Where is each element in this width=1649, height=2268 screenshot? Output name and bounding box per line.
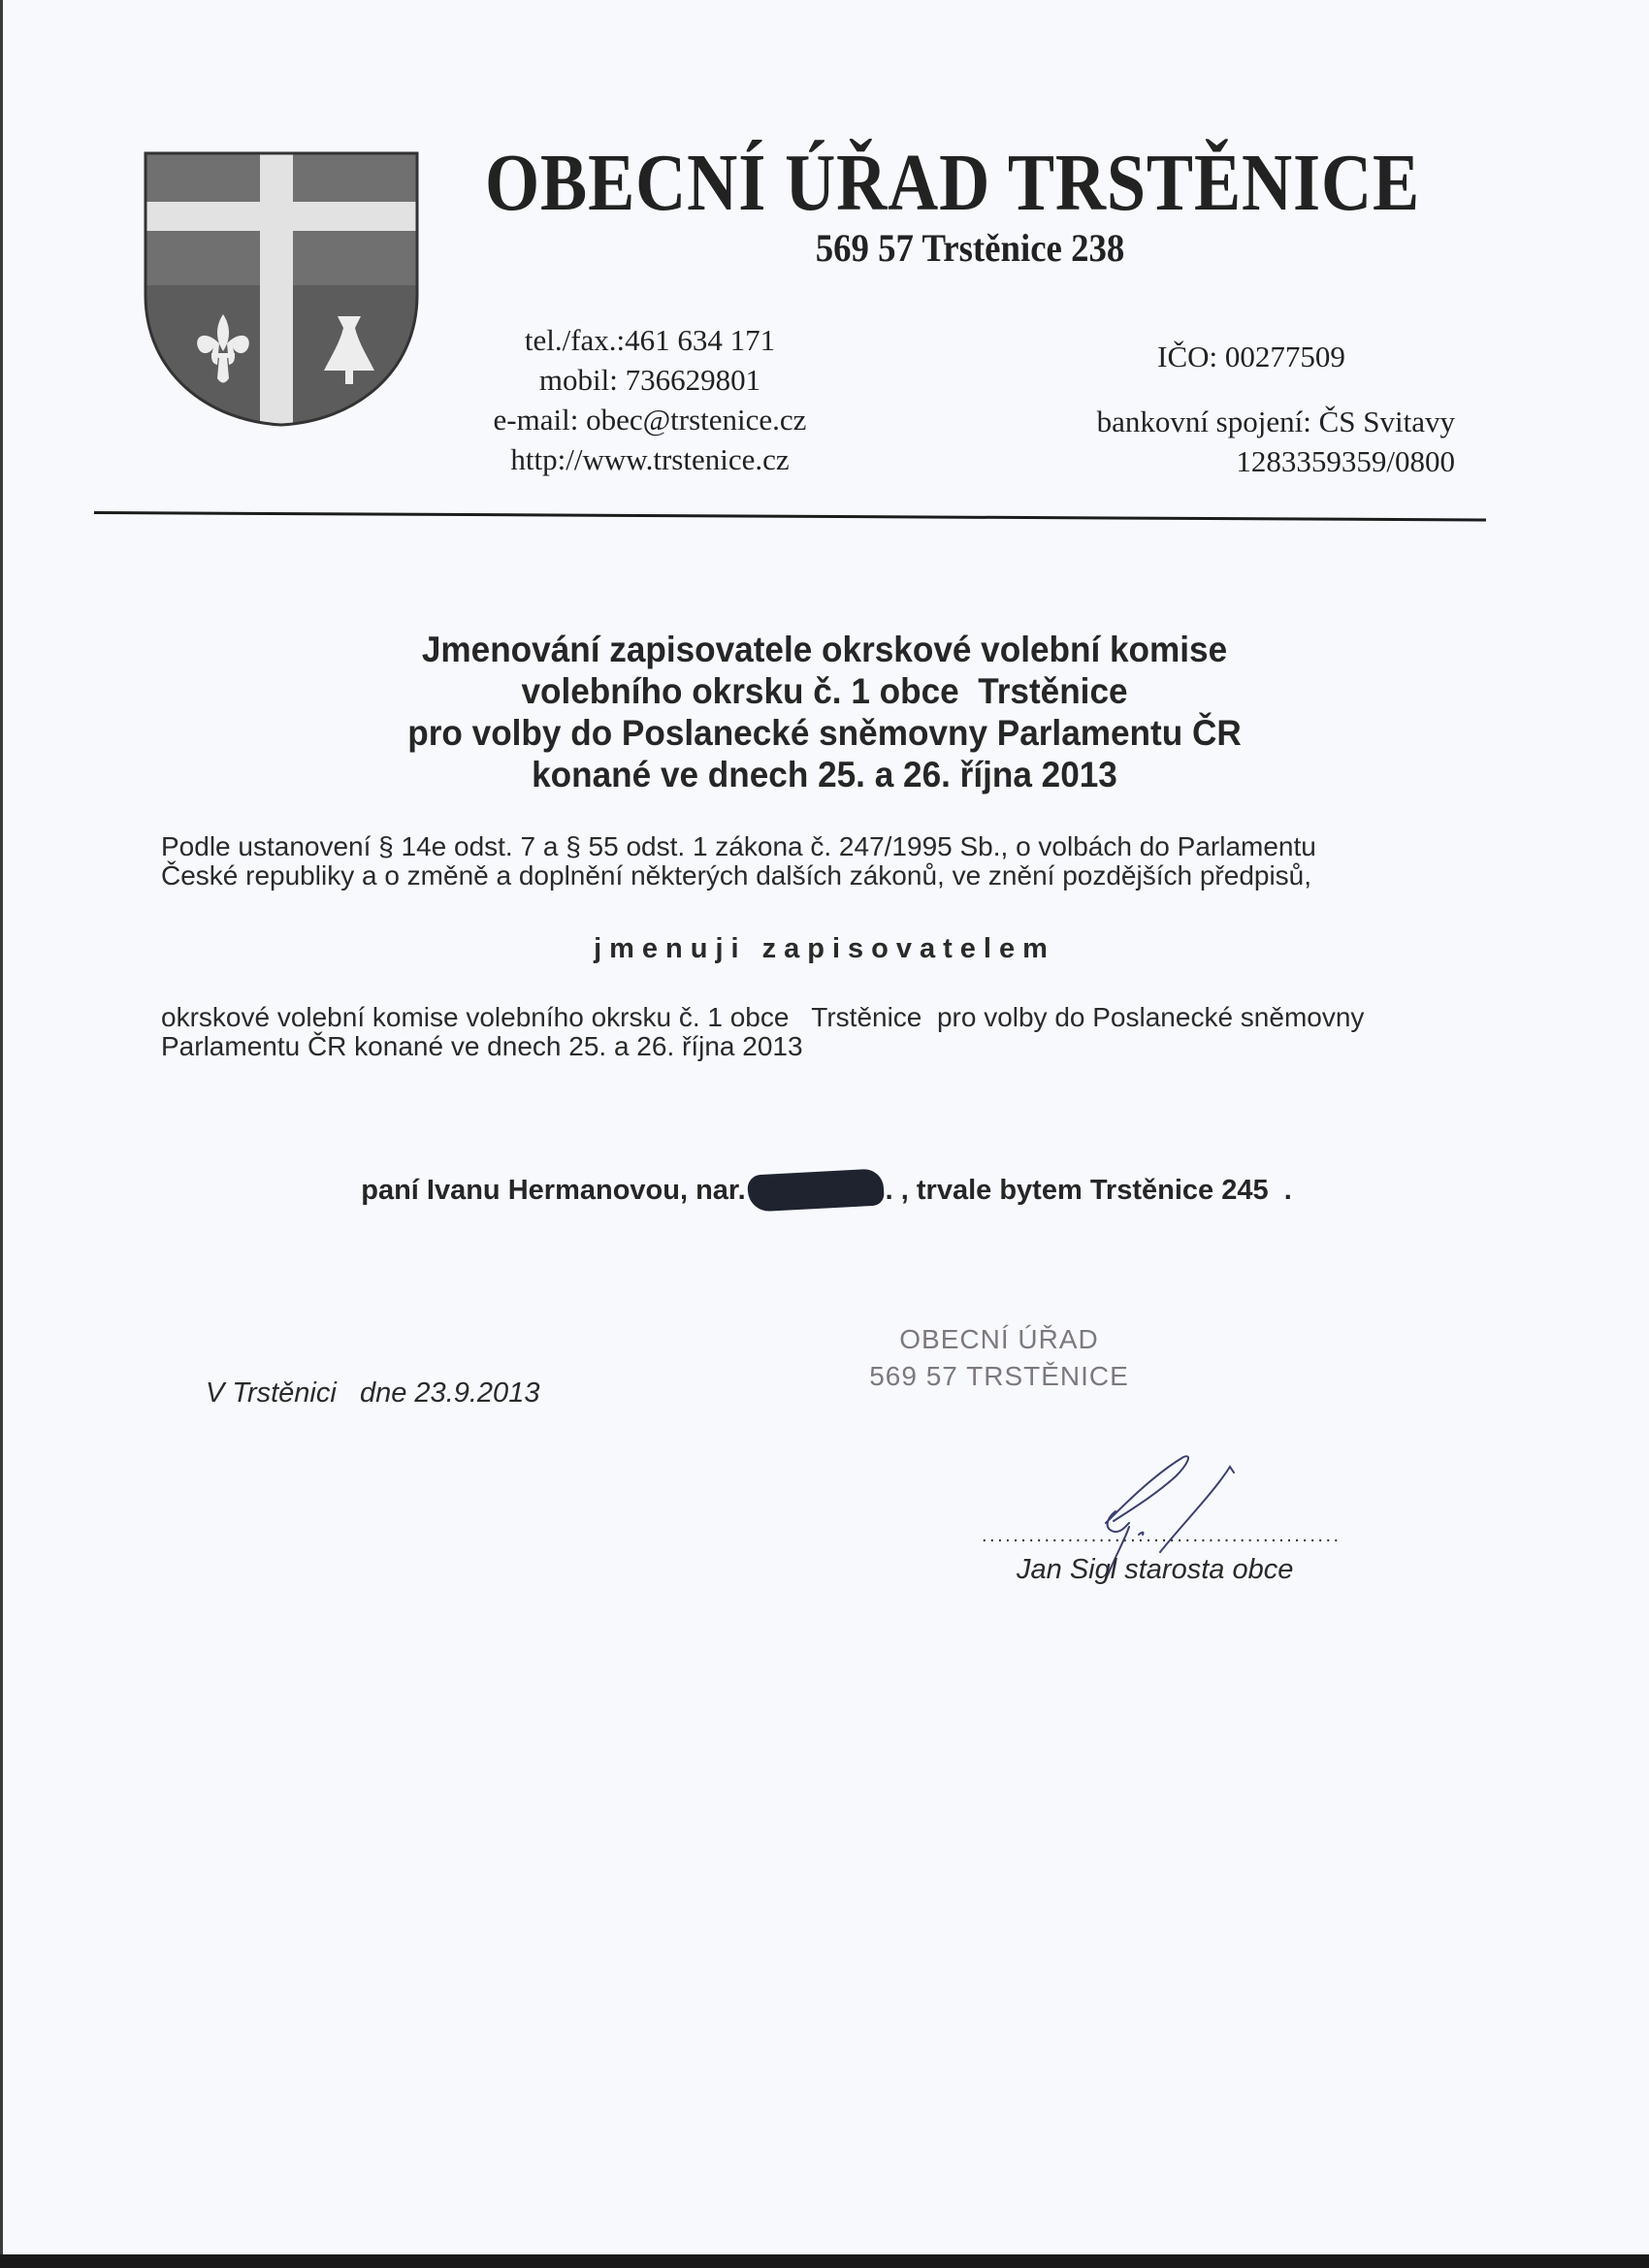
scan-edge-bottom bbox=[0, 2254, 1649, 2268]
appointee-residence: . , trvale bytem Trstěnice 245 . bbox=[886, 1175, 1292, 1207]
redacted-birth-date bbox=[747, 1168, 885, 1212]
company-id: IČO: 00277509 bbox=[1067, 340, 1436, 374]
document-heading: Jmenování zapisovatele okrskové volební … bbox=[318, 629, 1332, 795]
office-name: OBECNÍ ÚŘAD TRSTĚNICE bbox=[485, 136, 1344, 230]
letterhead-divider bbox=[94, 511, 1486, 522]
signatory-name: Jan Sigl starosta obce bbox=[1017, 1554, 1293, 1586]
heading-line: volebního okrsku č. 1 obce Trstěnice bbox=[318, 670, 1332, 712]
appointment-phrase: jmenuji zapisovatelem bbox=[388, 933, 1261, 965]
heading-line: konané ve dnech 25. a 26. října 2013 bbox=[318, 754, 1332, 795]
appointee-line: paní Ivanu Hermanovou, nar.. , trvale by… bbox=[330, 1140, 1292, 1241]
bank-account: 1283359359/0800 bbox=[1028, 441, 1455, 481]
heading-line: Jmenování zapisovatele okrskové volební … bbox=[318, 629, 1332, 670]
paragraph-line: Podle ustanovení § 14e odst. 7 a § 55 od… bbox=[161, 832, 1500, 861]
office-address: 569 57 Trstěnice 238 bbox=[658, 225, 1282, 271]
appointee-name: paní Ivanu Hermanovou, nar. bbox=[361, 1175, 745, 1207]
paragraph-line: Parlamentu ČR konané ve dnech 25. a 26. … bbox=[161, 1032, 1500, 1061]
coat-of-arms-icon bbox=[142, 149, 421, 427]
scanned-letter-page: OBECNÍ ÚŘAD TRSTĚNICE 569 57 Trstěnice 2… bbox=[0, 0, 1649, 2268]
paragraph-line: České republiky a o změně a doplnění něk… bbox=[161, 861, 1500, 891]
website-url: http://www.trstenice.cz bbox=[417, 439, 883, 479]
place-and-date: V Trstěnici dne 23.9.2013 bbox=[206, 1377, 539, 1409]
paragraph-line: okrskové volební komise volebního okrsku… bbox=[161, 1003, 1500, 1032]
email-address: e-mail: obec@trstenice.cz bbox=[417, 400, 883, 439]
signature-line: ........................................… bbox=[982, 1525, 1341, 1547]
contact-block: tel./fax.:461 634 171 mobil: 736629801 e… bbox=[417, 320, 883, 479]
bank-name: bankovní spojení: ČS Svitavy bbox=[1028, 402, 1455, 441]
scan-edge-left bbox=[0, 0, 3, 2268]
district-paragraph: okrskové volební komise volebního okrsku… bbox=[161, 1003, 1500, 1061]
phone-fax: tel./fax.:461 634 171 bbox=[417, 320, 883, 360]
stamp-line-2: 569 57 TRSTĚNICE bbox=[834, 1358, 1164, 1395]
office-stamp: OBECNÍ ÚŘAD 569 57 TRSTĚNICE bbox=[834, 1321, 1164, 1395]
bank-details: bankovní spojení: ČS Svitavy 1283359359/… bbox=[1028, 402, 1455, 481]
mobile-number: mobil: 736629801 bbox=[417, 360, 883, 400]
stamp-line-1: OBECNÍ ÚŘAD bbox=[834, 1321, 1164, 1358]
legal-basis-paragraph: Podle ustanovení § 14e odst. 7 a § 55 od… bbox=[161, 832, 1500, 891]
heading-line: pro volby do Poslanecké sněmovny Parlame… bbox=[318, 712, 1332, 754]
